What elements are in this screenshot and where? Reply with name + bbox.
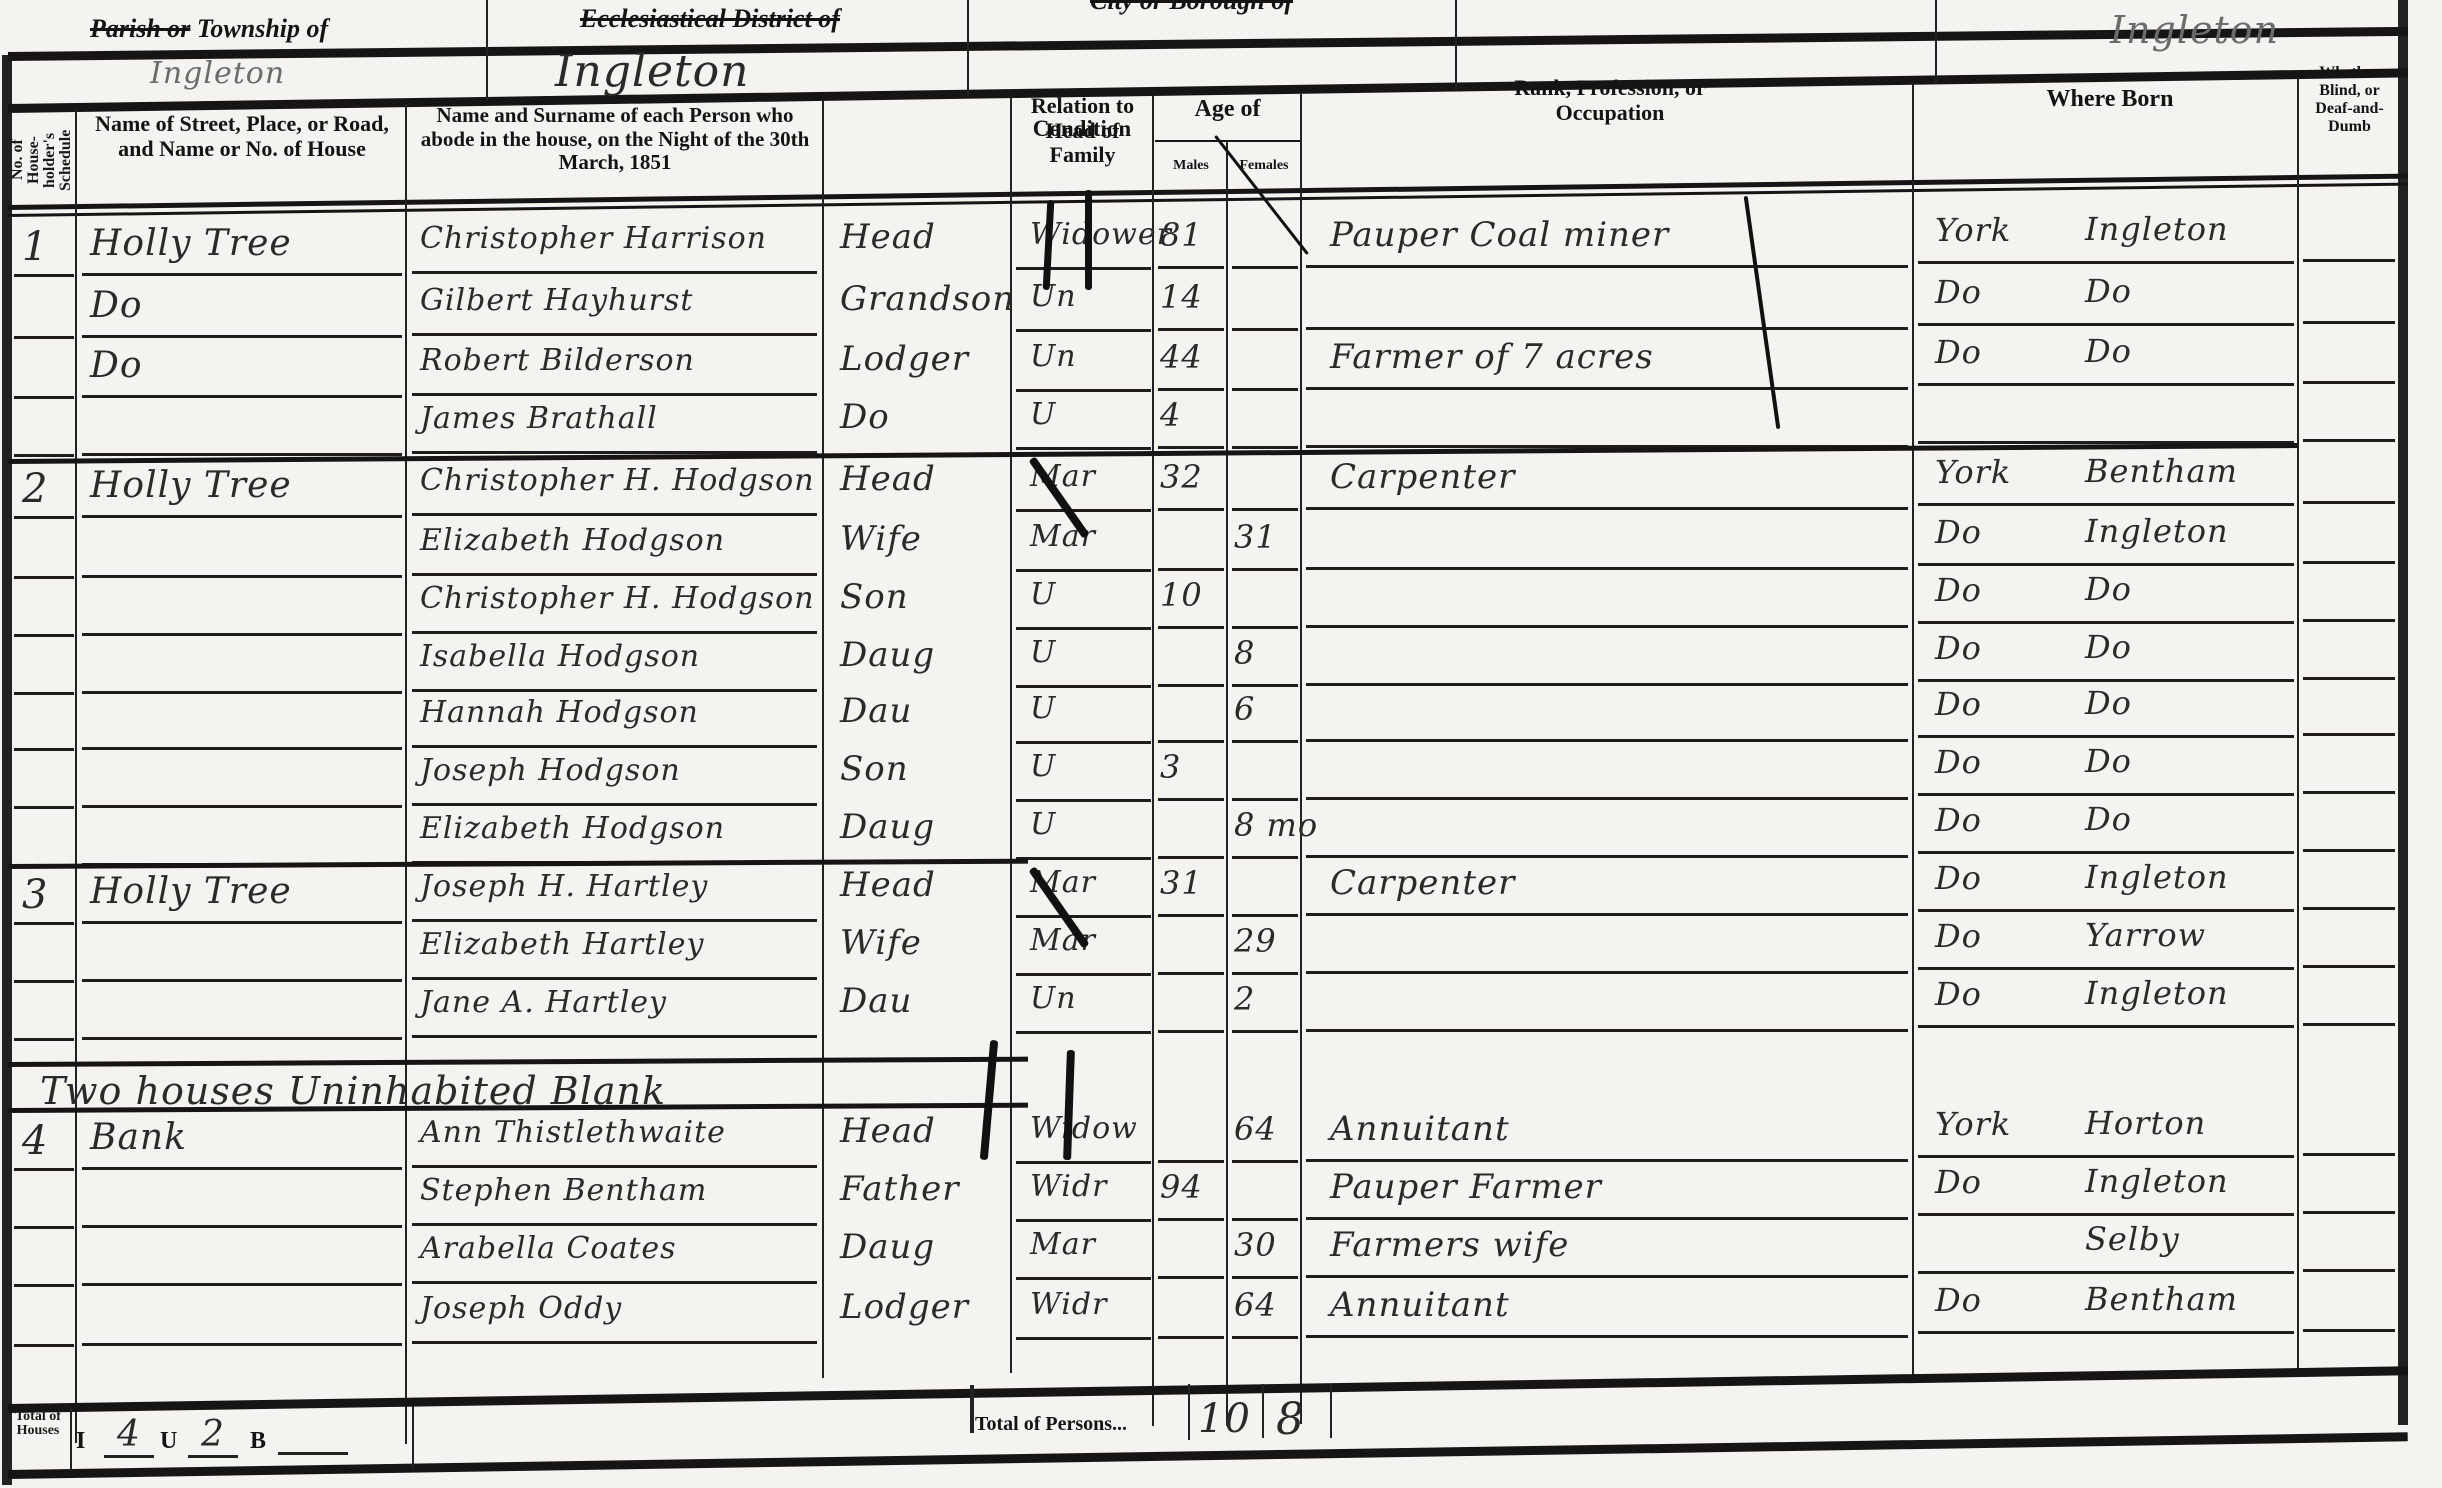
- person-name: Elizabeth Hodgson: [420, 523, 725, 558]
- relation-to-head: Head: [840, 217, 936, 257]
- row-rule: [1158, 856, 1224, 859]
- row-rule: [2303, 439, 2395, 442]
- township-label: Township of: [197, 14, 328, 43]
- totals-persons-divider: [970, 1385, 974, 1433]
- row-rule: [1232, 568, 1298, 571]
- person-name: Joseph H. Hartley: [420, 869, 708, 904]
- born-county: Do: [1935, 743, 1982, 781]
- row-rule: [1232, 1276, 1298, 1279]
- age-female: 6: [1234, 690, 1255, 728]
- occupation: Annuitant: [1330, 1109, 1510, 1149]
- age-male: 31: [1160, 864, 1203, 902]
- row-rule: [1306, 387, 1908, 390]
- relation-to-head: Daug: [840, 1227, 935, 1267]
- city-borough-label: City or Borough of: [1090, 0, 1293, 15]
- row-rule: [1306, 265, 1908, 268]
- born-county: Do: [1935, 571, 1982, 609]
- row-rule: [2303, 677, 2395, 680]
- header-condition-label: Condition: [1012, 116, 1152, 142]
- row-rule: [14, 396, 74, 399]
- row-rule: [1158, 266, 1224, 269]
- born-county: Do: [1935, 333, 1982, 371]
- born-county: Do: [1935, 629, 1982, 667]
- occupation: Carpenter: [1330, 863, 1515, 903]
- row-rule: [14, 980, 74, 983]
- occupation: Pauper Coal miner: [1330, 215, 1669, 255]
- age-male: 4: [1160, 396, 1181, 434]
- totals-uninhabited-value: 2: [188, 1414, 238, 1458]
- born-place: Do: [2085, 800, 2132, 838]
- row-rule: [1306, 1217, 1908, 1220]
- ecclesiastical-label: Ecclesiastical District of: [580, 4, 840, 33]
- row-rule: [1306, 507, 1908, 510]
- row-rule: [412, 745, 817, 748]
- row-rule: [412, 631, 817, 634]
- ecclesiastical-value: Ingleton: [555, 46, 750, 97]
- totals-divider-4: [1262, 1384, 1264, 1438]
- row-rule: [2303, 321, 2395, 324]
- person-name: Arabella Coates: [420, 1231, 677, 1266]
- marital-condition: Widow: [1030, 1111, 1138, 1146]
- row-rule: [1232, 1030, 1298, 1033]
- marital-condition: U: [1030, 577, 1056, 612]
- row-rule: [1016, 389, 1151, 392]
- header-males: Males: [1155, 158, 1227, 174]
- marital-condition: Un: [1030, 339, 1077, 374]
- row-rule: [14, 922, 74, 925]
- row-rule: [82, 747, 402, 750]
- row-rule: [1232, 1336, 1298, 1339]
- header-bottom-rule: [8, 174, 2408, 210]
- age-female: 64: [1234, 1110, 1277, 1148]
- row-rule: [1158, 740, 1224, 743]
- row-rule: [1918, 1331, 2294, 1334]
- top-band-divider-2: [967, 0, 969, 96]
- row-rule: [1232, 684, 1298, 687]
- born-county: York: [1935, 1105, 2011, 1143]
- born-place: Ingleton: [2085, 1162, 2229, 1200]
- row-rule: [1918, 967, 2294, 970]
- row-rule: [2303, 849, 2395, 852]
- totals-divider-2: [412, 1406, 414, 1470]
- row-rule: [1232, 1160, 1298, 1163]
- born-place: Do: [2085, 570, 2132, 608]
- occupation: Carpenter: [1330, 457, 1515, 497]
- occupation-bracket-line: [1744, 196, 1781, 429]
- row-rule: [1306, 1159, 1908, 1162]
- relation-to-head: Do: [840, 397, 890, 437]
- row-rule: [1016, 329, 1151, 332]
- row-rule: [2303, 381, 2395, 384]
- row-rule: [14, 516, 74, 519]
- row-rule: [1016, 1219, 1151, 1222]
- age-female: 8: [1234, 634, 1255, 672]
- person-name: Joseph Hodgson: [420, 753, 681, 788]
- row-rule: [2303, 965, 2395, 968]
- row-rule: [412, 803, 817, 806]
- row-rule: [82, 335, 402, 338]
- row-rule: [1306, 913, 1908, 916]
- row-rule: [1232, 328, 1298, 331]
- born-place: Selby: [2085, 1220, 2180, 1258]
- row-rule: [82, 1343, 402, 1346]
- marital-condition: Un: [1030, 279, 1077, 314]
- row-rule: [412, 1035, 817, 1038]
- row-rule: [82, 1283, 402, 1286]
- row-rule: [2303, 501, 2395, 504]
- age-male: 10: [1160, 576, 1203, 614]
- row-rule: [2303, 561, 2395, 564]
- col-divider-condition: [1152, 96, 1154, 1426]
- row-rule: [412, 919, 817, 922]
- born-place: Do: [2085, 628, 2132, 666]
- street-name: Holly Tree: [90, 465, 292, 506]
- age-male: 14: [1160, 278, 1203, 316]
- row-rule: [82, 453, 402, 456]
- marital-condition: Widr: [1030, 1169, 1107, 1204]
- row-rule: [412, 271, 817, 274]
- person-name: Elizabeth Hartley: [420, 927, 704, 962]
- header-where-born: Where Born: [1930, 86, 2290, 113]
- marital-condition: U: [1030, 749, 1056, 784]
- born-place: Ingleton: [2085, 858, 2229, 896]
- relation-to-head: Son: [840, 577, 909, 617]
- row-rule: [1232, 508, 1298, 511]
- born-place: Horton: [2085, 1104, 2206, 1142]
- row-rule: [82, 633, 402, 636]
- col-divider-name: [822, 100, 824, 1378]
- row-rule: [1158, 1030, 1224, 1033]
- row-rule: [1306, 855, 1908, 858]
- header-blind: Whether Blind, or Deaf-and-Dumb: [2302, 64, 2397, 136]
- parish-label: Parish or Township of: [90, 14, 328, 43]
- row-rule: [1158, 914, 1224, 917]
- marital-condition: U: [1030, 635, 1056, 670]
- relation-to-head: Dau: [840, 691, 912, 731]
- row-rule: [1306, 683, 1908, 686]
- age-male: 32: [1160, 458, 1203, 496]
- col-divider-street: [405, 104, 407, 1444]
- row-rule: [412, 1165, 817, 1168]
- row-rule: [1016, 1161, 1151, 1164]
- relation-to-head: Daug: [840, 635, 935, 675]
- age-male: 81: [1160, 216, 1203, 254]
- row-rule: [1158, 1160, 1224, 1163]
- age-female: 30: [1234, 1226, 1277, 1264]
- row-rule: [412, 977, 817, 980]
- left-border: [2, 55, 12, 1485]
- totals-building-value: [278, 1448, 348, 1455]
- row-rule: [1306, 797, 1908, 800]
- row-rule: [1918, 1271, 2294, 1274]
- row-rule: [14, 1226, 74, 1229]
- header-name: Name and Surname of each Person who abod…: [410, 104, 820, 175]
- row-rule: [1016, 1031, 1151, 1034]
- street-name: Holly Tree: [90, 223, 292, 264]
- header-age-of: Age of: [1155, 96, 1300, 123]
- row-rule: [1232, 740, 1298, 743]
- relation-to-head: Lodger: [840, 1287, 969, 1327]
- row-rule: [1918, 793, 2294, 796]
- row-rule: [1306, 1275, 1908, 1278]
- row-rule: [412, 573, 817, 576]
- totals-females: 8: [1276, 1394, 1305, 1445]
- born-county: Do: [1935, 859, 1982, 897]
- row-rule: [1918, 323, 2294, 326]
- person-name: Robert Bilderson: [420, 343, 695, 378]
- street-name: Holly Tree: [90, 871, 292, 912]
- age-of-divider: [1155, 140, 1300, 142]
- row-rule: [14, 1344, 74, 1347]
- row-rule: [2303, 907, 2395, 910]
- occupation: Pauper Farmer: [1330, 1167, 1602, 1207]
- totals-males: 10: [1198, 1396, 1251, 1442]
- row-rule: [1306, 971, 1908, 974]
- row-rule: [14, 806, 74, 809]
- row-rule: [1918, 851, 2294, 854]
- row-rule: [1158, 388, 1224, 391]
- born-place: Ingleton: [2085, 512, 2229, 550]
- row-rule: [1016, 267, 1151, 270]
- row-rule: [1232, 1218, 1298, 1221]
- row-rule: [1016, 509, 1151, 512]
- relation-to-head: Lodger: [840, 339, 969, 379]
- totals-persons-label: Total of Persons...: [975, 1413, 1127, 1435]
- born-county: Do: [1935, 513, 1982, 551]
- totals-uninhabited-label: U: [160, 1428, 177, 1455]
- totals-divider-5: [1330, 1384, 1332, 1438]
- top-band-divider-3: [1455, 0, 1457, 90]
- street-name: Do: [90, 345, 143, 386]
- person-name: Christopher H. Hodgson: [420, 581, 815, 616]
- col-divider-males: [1226, 140, 1228, 1426]
- row-rule: [1918, 383, 2294, 386]
- schedule-number: 2: [22, 466, 48, 512]
- row-rule: [1918, 563, 2294, 566]
- row-rule: [1016, 915, 1151, 918]
- row-rule: [1158, 972, 1224, 975]
- person-name: Elizabeth Hodgson: [420, 811, 725, 846]
- row-rule: [82, 1037, 402, 1040]
- row-rule: [82, 575, 402, 578]
- col-divider-schedule: [75, 108, 77, 1443]
- totals-inhabited-value: 4: [104, 1414, 154, 1458]
- row-rule: [1232, 856, 1298, 859]
- row-rule: [1016, 627, 1151, 630]
- row-rule: [1016, 1337, 1151, 1340]
- header-street: Name of Street, Place, or Road, and Name…: [82, 112, 402, 161]
- row-rule: [412, 333, 817, 336]
- occupation: Annuitant: [1330, 1285, 1510, 1325]
- row-rule: [14, 1038, 74, 1041]
- row-rule: [1158, 1336, 1224, 1339]
- relation-to-head: Head: [840, 865, 936, 905]
- totals-building-label: B: [250, 1428, 266, 1455]
- row-rule: [1016, 799, 1151, 802]
- relation-to-head: Father: [840, 1169, 960, 1209]
- header-occupation: Rank, Profession, or Occupation: [1480, 76, 1740, 125]
- row-rule: [1158, 626, 1224, 629]
- row-rule: [1016, 741, 1151, 744]
- census-sheet: Parish or Township of Ingleton Ecclesias…: [0, 0, 2442, 1488]
- row-rule: [1158, 798, 1224, 801]
- top-band-divider-1: [486, 0, 488, 100]
- street-name: Do: [90, 285, 143, 326]
- row-rule: [1306, 327, 1908, 330]
- row-rule: [2303, 733, 2395, 736]
- row-rule: [1158, 1218, 1224, 1221]
- relation-to-head: Grandson: [840, 279, 1015, 319]
- row-rule: [1232, 972, 1298, 975]
- age-male: 3: [1160, 748, 1181, 786]
- person-name: Joseph Oddy: [420, 1291, 622, 1326]
- parish-value: Ingleton: [150, 56, 285, 91]
- born-county: Do: [1935, 685, 1982, 723]
- row-rule: [1158, 508, 1224, 511]
- age-female: 64: [1234, 1286, 1277, 1324]
- born-county: York: [1935, 453, 2011, 491]
- marital-condition: U: [1030, 397, 1056, 432]
- born-county: Do: [1935, 1163, 1982, 1201]
- row-rule: [82, 979, 402, 982]
- top-rule: [8, 27, 2408, 61]
- row-rule: [2303, 1023, 2395, 1026]
- person-name: Isabella Hodgson: [420, 639, 700, 674]
- row-rule: [1016, 857, 1151, 860]
- row-rule: [14, 274, 74, 277]
- row-rule: [82, 691, 402, 694]
- street-name: Bank: [90, 1117, 187, 1158]
- born-place: Ingleton: [2085, 210, 2229, 248]
- row-rule: [1918, 503, 2294, 506]
- header-schedule-no: No. of House-holder's Schedule: [10, 116, 72, 204]
- marital-condition: Widr: [1030, 1287, 1107, 1322]
- relation-to-head: Dau: [840, 981, 912, 1021]
- totals-divider-1: [70, 1408, 72, 1470]
- row-rule: [14, 336, 74, 339]
- occupation: Farmer of 7 acres: [1330, 337, 1654, 377]
- row-rule: [1232, 914, 1298, 917]
- born-county: Do: [1935, 917, 1982, 955]
- row-rule: [1918, 1025, 2294, 1028]
- born-county: Do: [1935, 975, 1982, 1013]
- row-rule: [82, 805, 402, 808]
- row-rule: [14, 634, 74, 637]
- row-rule: [1158, 446, 1224, 449]
- row-rule: [1158, 684, 1224, 687]
- relation-to-head: Son: [840, 749, 909, 789]
- town-value: Ingleton: [2110, 8, 2279, 52]
- row-rule: [14, 748, 74, 751]
- row-rule: [1016, 1277, 1151, 1280]
- row-rule: [2303, 1269, 2395, 1272]
- row-rule: [2303, 1153, 2395, 1156]
- age-male: 94: [1160, 1168, 1203, 1206]
- row-rule: [1232, 626, 1298, 629]
- top-band-divider-4: [1935, 0, 1937, 84]
- row-rule: [2303, 619, 2395, 622]
- row-rule: [14, 692, 74, 695]
- row-rule: [412, 1341, 817, 1344]
- row-rule: [82, 515, 402, 518]
- row-rule: [1232, 446, 1298, 449]
- schedule-number: 1: [22, 224, 48, 270]
- age-female: 31: [1234, 518, 1277, 556]
- tally-mark: [1085, 190, 1092, 290]
- person-name: Christopher Harrison: [420, 221, 767, 256]
- row-rule: [1306, 1029, 1908, 1032]
- born-county: York: [1935, 211, 2011, 249]
- row-rule: [1158, 568, 1224, 571]
- row-rule: [412, 393, 817, 396]
- row-rule: [1918, 735, 2294, 738]
- row-rule: [412, 689, 817, 692]
- person-name: Jane A. Hartley: [420, 985, 667, 1020]
- born-place: Do: [2085, 742, 2132, 780]
- person-name: Gilbert Hayhurst: [420, 283, 693, 318]
- born-place: Do: [2085, 684, 2132, 722]
- person-name: Stephen Bentham: [420, 1173, 707, 1208]
- totals-inhabited-label: I: [76, 1428, 85, 1455]
- totals-houses-label: Total of Houses: [8, 1410, 68, 1468]
- parish-label-struck: Parish or: [90, 14, 190, 43]
- row-rule: [412, 1223, 817, 1226]
- occupation: Farmers wife: [1330, 1225, 1569, 1265]
- row-rule: [1232, 266, 1298, 269]
- born-place: Ingleton: [2085, 974, 2229, 1012]
- row-rule: [1306, 739, 1908, 742]
- schedule-number: 3: [22, 872, 48, 918]
- born-place: Yarrow: [2085, 916, 2206, 954]
- age-female: 2: [1234, 980, 1255, 1018]
- row-rule: [412, 1281, 817, 1284]
- row-rule: [2303, 1211, 2395, 1214]
- born-county: Do: [1935, 1281, 1982, 1319]
- born-place: Bentham: [2085, 1280, 2238, 1318]
- born-place: Do: [2085, 272, 2132, 310]
- col-divider-occupation: [1912, 84, 1914, 1379]
- row-rule: [1158, 328, 1224, 331]
- age-female: 8 mo: [1234, 806, 1318, 844]
- person-name: Hannah Hodgson: [420, 695, 699, 730]
- relation-to-head: Wife: [840, 519, 922, 559]
- col-divider-females: [1300, 94, 1302, 1424]
- row-rule: [1232, 798, 1298, 801]
- row-rule: [1918, 1155, 2294, 1158]
- person-name: Christopher H. Hodgson: [420, 463, 815, 498]
- row-rule: [1016, 685, 1151, 688]
- row-rule: [1918, 679, 2294, 682]
- born-place: Do: [2085, 332, 2132, 370]
- age-male: 44: [1160, 338, 1203, 376]
- row-rule: [2303, 791, 2395, 794]
- row-rule: [1016, 973, 1151, 976]
- person-name: James Brathall: [420, 401, 658, 436]
- row-rule: [82, 921, 402, 924]
- born-place: Bentham: [2085, 452, 2238, 490]
- right-border: [2398, 0, 2408, 1425]
- row-rule: [1918, 1213, 2294, 1216]
- relation-to-head: Head: [840, 1111, 936, 1151]
- row-rule: [14, 1284, 74, 1287]
- schedule-number: 4: [22, 1118, 48, 1164]
- row-rule: [1016, 569, 1151, 572]
- household-separator-3: [8, 1057, 1028, 1067]
- row-rule: [14, 454, 74, 457]
- row-rule: [1918, 261, 2294, 264]
- col-divider-where-born: [2297, 78, 2299, 1373]
- row-rule: [14, 1168, 74, 1171]
